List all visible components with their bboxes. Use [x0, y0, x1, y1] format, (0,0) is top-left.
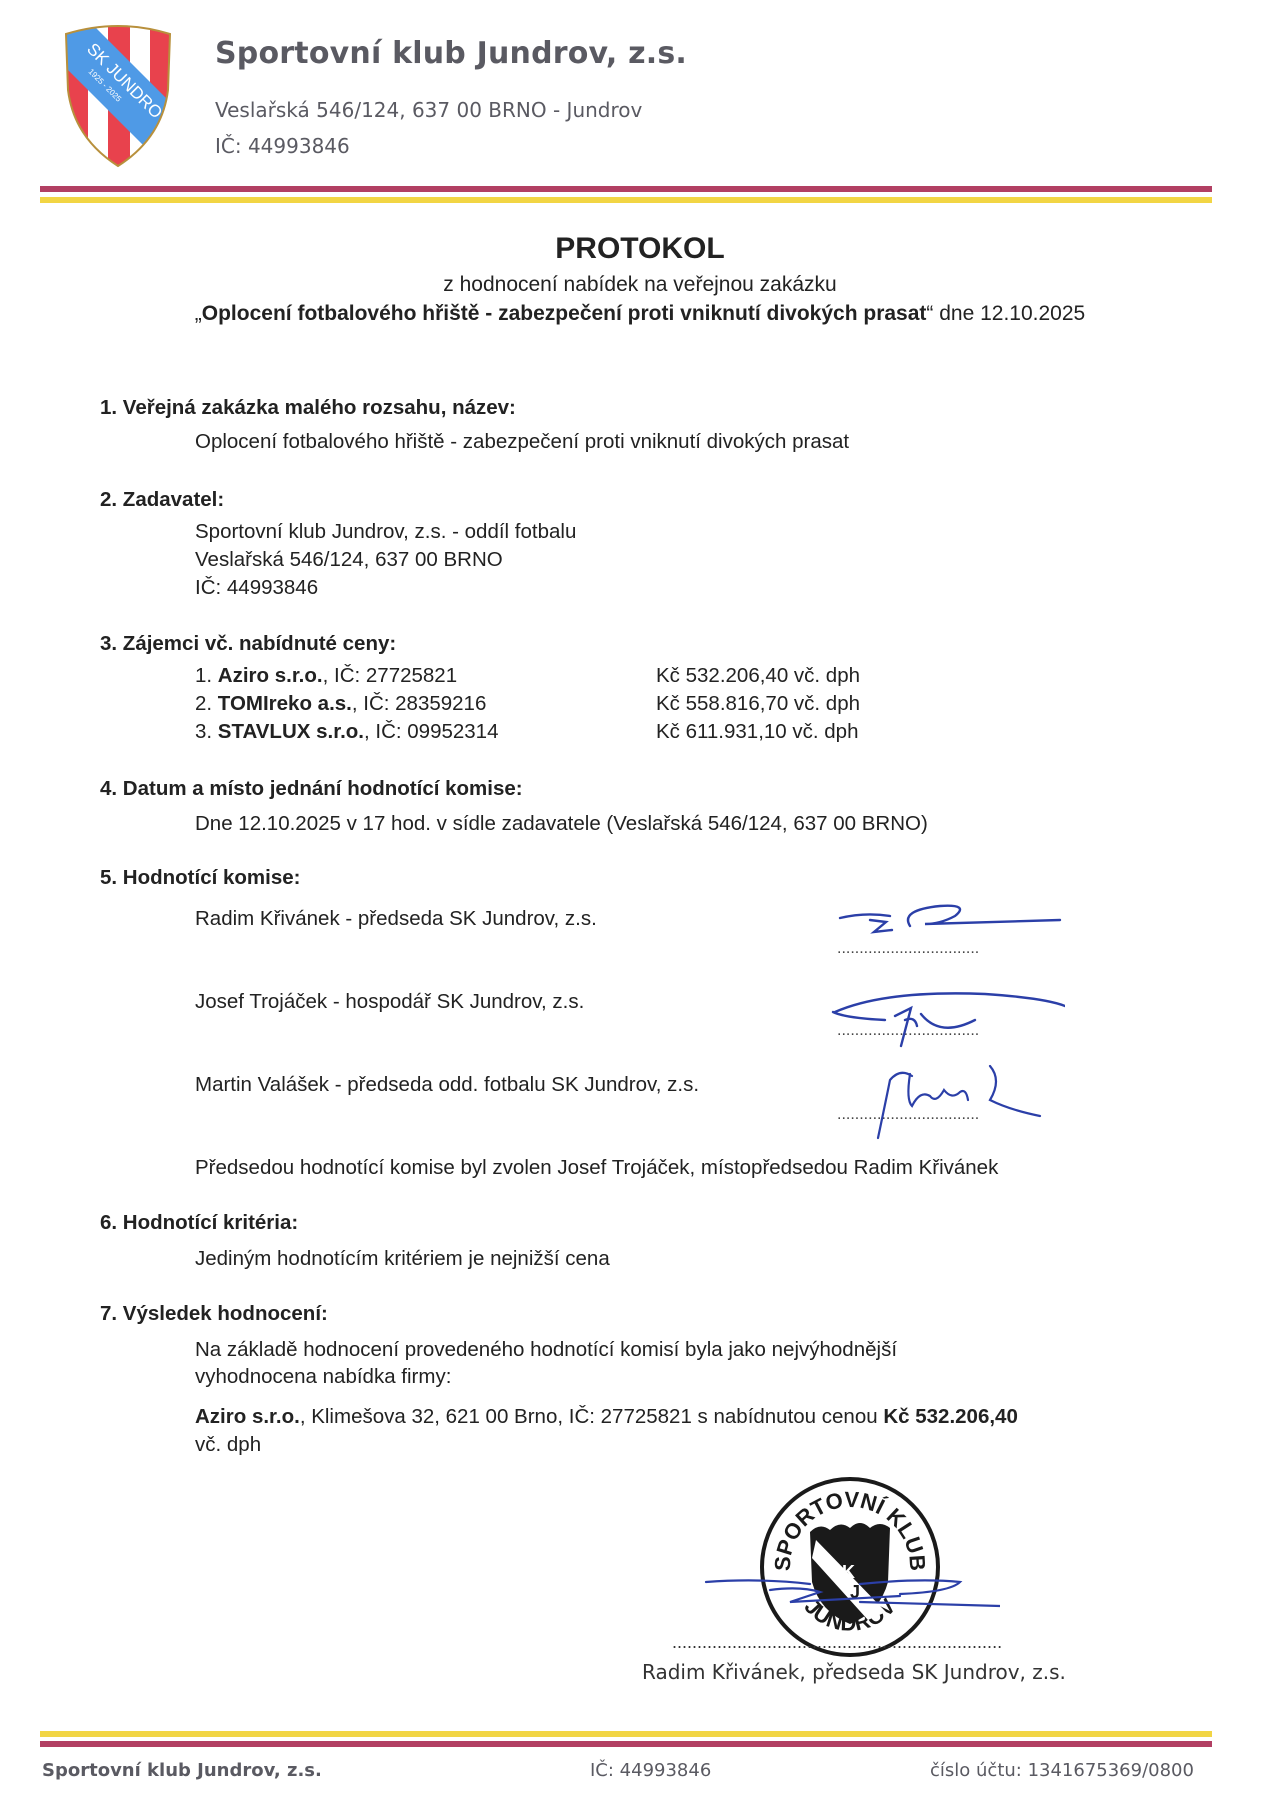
final-signature-icon: [700, 1572, 1000, 1622]
section-2-line-1: Sportovní klub Jundrov, z.s. - oddíl fot…: [195, 518, 576, 546]
letterhead-address: Veslařská 546/124, 637 00 BRNO - Jundrov: [215, 98, 642, 122]
footer-account-number: číslo účtu: 1341675369/0800: [930, 1760, 1194, 1781]
header-rule-red: [40, 186, 1212, 192]
section-4-heading: 4. Datum a místo jednání hodnotící komis…: [100, 777, 523, 801]
committee-member-2: Josef Trojáček - hospodář SK Jundrov, z.…: [195, 990, 584, 1014]
footer-rule-red: [40, 1741, 1212, 1747]
section-6-body: Jediným hodnotícím kritériem je nejnižší…: [195, 1245, 610, 1273]
section-7-heading: 7. Výsledek hodnocení:: [100, 1302, 328, 1326]
section-5-heading: 5. Hodnotící komise:: [100, 866, 300, 890]
committee-chair-note: Předsedou hodnotící komise byl zvolen Jo…: [195, 1154, 998, 1182]
document-subject: „Oplocení fotbalového hřiště - zabezpeče…: [0, 302, 1280, 326]
section-2-line-3: IČ: 44993846: [195, 574, 318, 602]
bid-company: STAVLUX s.r.o.: [218, 720, 364, 743]
section-1-heading: 1. Veřejná zakázka malého rozsahu, název…: [100, 396, 516, 420]
footer-ic: IČ: 44993846: [590, 1760, 711, 1781]
section-7-line-2: vyhodnocena nabídka firmy:: [195, 1363, 451, 1391]
letterhead-ic: IČ: 44993846: [215, 134, 350, 158]
section-1-body: Oplocení fotbalového hřiště - zabezpečen…: [195, 428, 849, 456]
signature-krivanek-icon: [830, 890, 1070, 960]
bid-price: Kč 611.931,10 vč. dph: [656, 720, 859, 744]
signature-valasek-icon: [840, 1060, 1080, 1140]
letterhead-name: Sportovní klub Jundrov, z.s.: [215, 36, 687, 71]
bid-company: Aziro s.r.o.: [218, 664, 323, 687]
header-rule-yellow: [40, 197, 1212, 203]
bid-row: 1. Aziro s.r.o., IČ: 27725821 Kč 532.206…: [195, 664, 1095, 692]
bid-price: Kč 558.816,70 vč. dph: [656, 692, 860, 716]
club-crest-icon: SK JUNDROV 1925 - 2025: [58, 20, 178, 170]
bid-company: TOMIreko a.s.: [218, 692, 352, 715]
footer-rule-yellow: [40, 1731, 1212, 1737]
signature-trojacek-icon: [825, 982, 1065, 1052]
committee-member-3: Martin Valášek - předseda odd. fotbalu S…: [195, 1073, 699, 1097]
committee-member-1: Radim Křivánek - předseda SK Jundrov, z.…: [195, 907, 597, 931]
bid-row: 3. STAVLUX s.r.o., IČ: 09952314 Kč 611.9…: [195, 720, 1095, 748]
final-signature-line: ........................................…: [672, 1632, 1002, 1653]
section-2-line-2: Veslařská 546/124, 637 00 BRNO: [195, 546, 503, 574]
section-3-heading: 3. Zájemci vč. nabídnuté ceny:: [100, 632, 396, 656]
section-7-winner-tail: vč. dph: [195, 1431, 261, 1459]
section-2-heading: 2. Zadavatel:: [100, 488, 224, 512]
section-7-line-1: Na základě hodnocení provedeného hodnotí…: [195, 1336, 897, 1364]
footer-club-name: Sportovní klub Jundrov, z.s.: [42, 1760, 322, 1781]
section-6-heading: 6. Hodnotící kritéria:: [100, 1211, 298, 1235]
final-signatory-name: Radim Křivánek, předseda SK Jundrov, z.s…: [642, 1660, 1066, 1684]
section-4-body: Dne 12.10.2025 v 17 hod. v sídle zadavat…: [195, 810, 928, 838]
document-title: PROTOKOL: [0, 232, 1280, 266]
bid-price: Kč 532.206,40 vč. dph: [656, 664, 860, 688]
section-7-winner: Aziro s.r.o., Klimešova 32, 621 00 Brno,…: [195, 1403, 1018, 1431]
document-subtitle: z hodnocení nabídek na veřejnou zakázku: [0, 273, 1280, 297]
bid-row: 2. TOMIreko a.s., IČ: 28359216 Kč 558.81…: [195, 692, 1095, 720]
